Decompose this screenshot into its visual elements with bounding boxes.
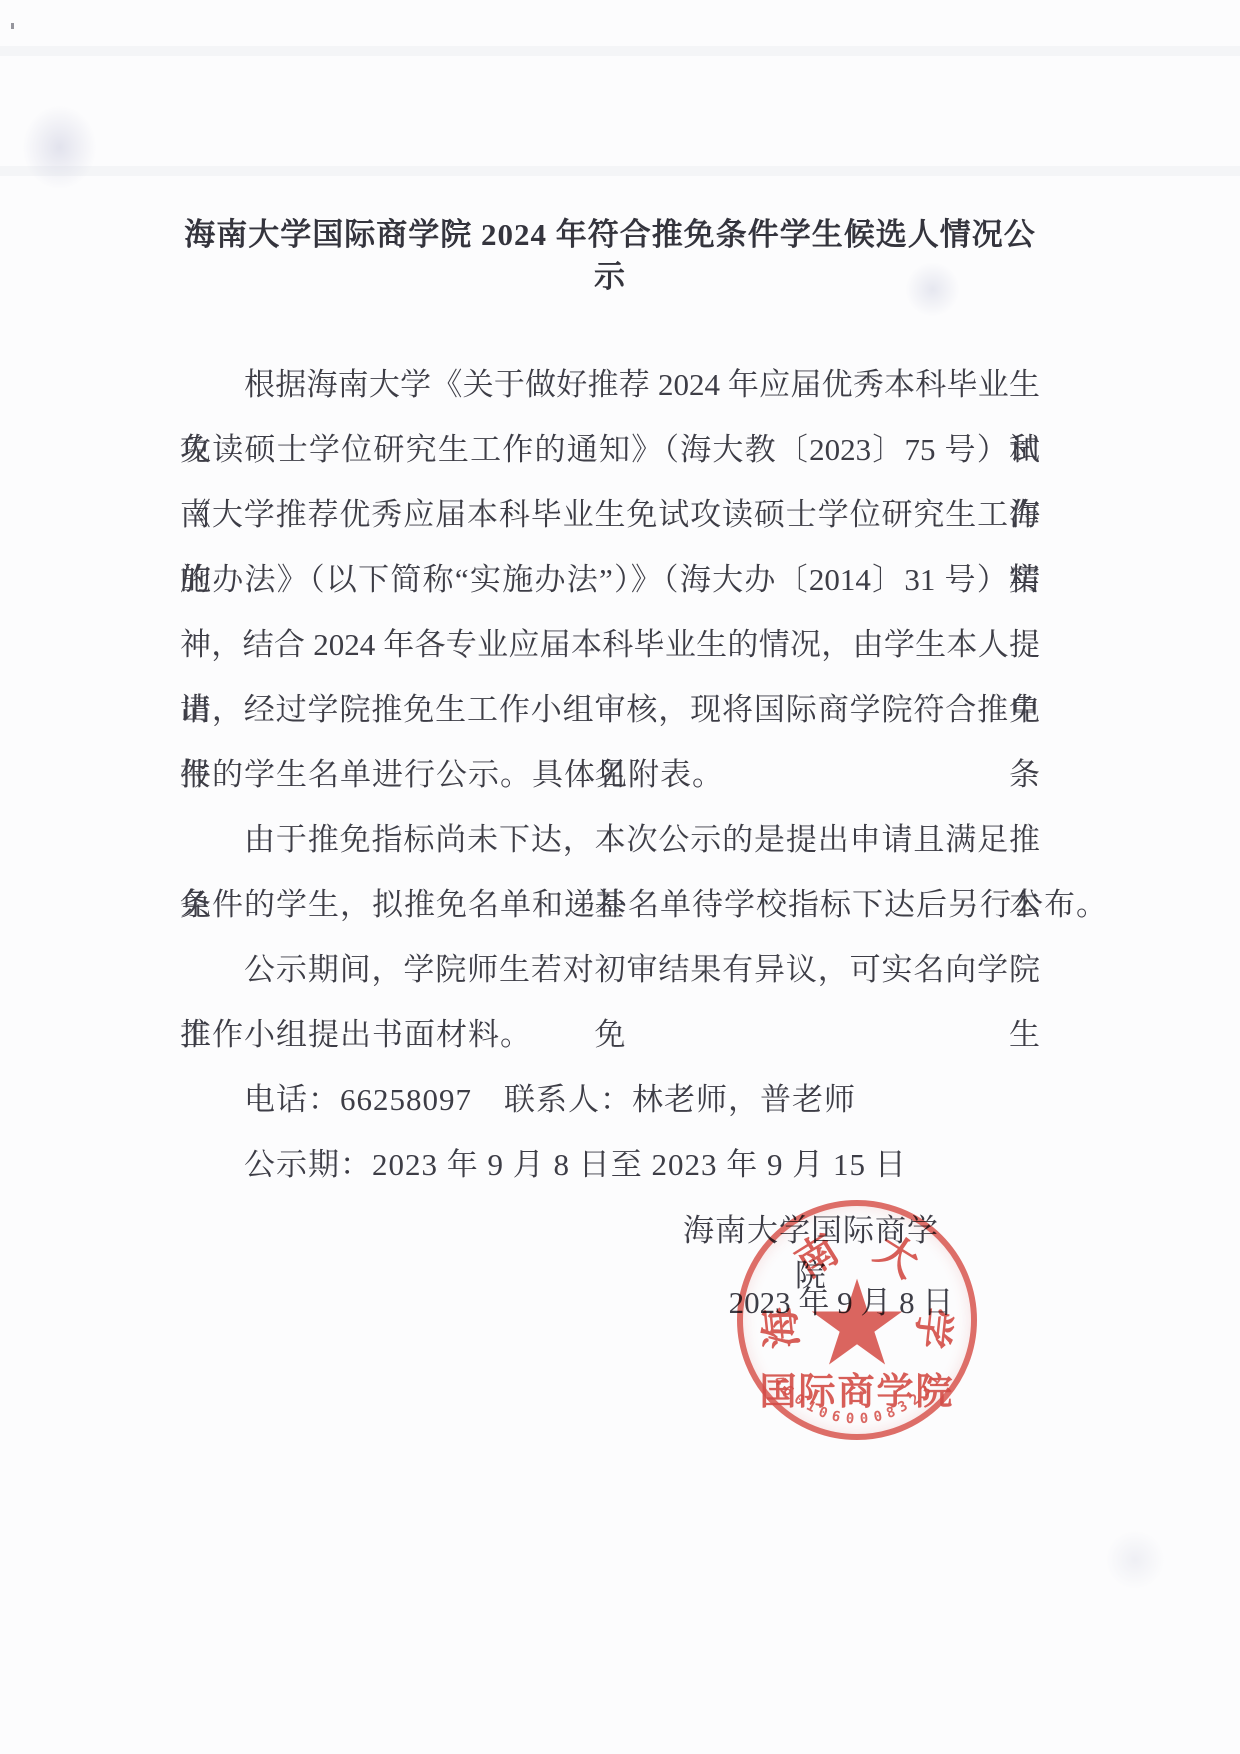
body-line: 公示期：2023 年 9 月 8 日至 2023 年 9 月 15 日 <box>180 1132 1040 1197</box>
body-line: 施办法》（以下简称“实施办法”）》（海大办〔2014〕31 号）精 <box>180 547 1040 612</box>
body-line: 条件的学生，拟推免名单和递补名单待学校指标下达后另行公布。 <box>180 872 1040 937</box>
body-line: 根据海南大学《关于做好推荐 2024 年应届优秀本科毕业生免试 <box>180 352 1040 417</box>
body-line: 神，结合 2024 年各专业应届本科毕业生的情况，由学生本人提出申 <box>180 612 1040 677</box>
scanned-document-page: 海南大学国际商学院 2024 年符合推免条件学生候选人情况公示 根据海南大学《关… <box>0 0 1240 1754</box>
seal-arc-char: 海 <box>757 1304 805 1352</box>
seal-bottom-text: 国际商学院 <box>737 1361 977 1415</box>
scan-speck <box>11 23 14 29</box>
body-line: 由于推免指标尚未下达，本次公示的是提出申请且满足推免基本 <box>180 807 1040 872</box>
seal-serial-digit: 0 <box>845 1410 856 1427</box>
body-line: 公示期间，学院师生若对初审结果有异议，可实名向学院推免生 <box>180 937 1040 1002</box>
body-line: 南大学推荐优秀应届本科毕业生免试攻读硕士学位研究生工作的实 <box>180 482 1040 547</box>
seal-arc-char: 学 <box>908 1304 956 1352</box>
body-line: 电话：66258097 联系人：林老师，普老师 <box>180 1067 1040 1132</box>
seal-serial-digit: 0 <box>858 1410 869 1427</box>
body-line: 攻读硕士学位研究生工作的通知》（海大教〔2023〕75 号）和《海 <box>180 417 1040 482</box>
official-seal-stamp: ★ 国际商学院 海南大学46010600083231 <box>737 1200 977 1440</box>
scan-artifact-band <box>0 166 1240 176</box>
scan-smudge <box>22 105 97 190</box>
body-line: 请，经过学院推免生工作小组审核，现将国际商学院符合推免报名条 <box>180 677 1040 742</box>
scan-smudge <box>1105 1530 1165 1590</box>
scan-artifact-band <box>0 46 1240 56</box>
document-body: 根据海南大学《关于做好推荐 2024 年应届优秀本科毕业生免试攻读硕士学位研究生… <box>180 352 1040 1197</box>
document-title: 海南大学国际商学院 2024 年符合推免条件学生候选人情况公示 <box>180 214 1040 298</box>
